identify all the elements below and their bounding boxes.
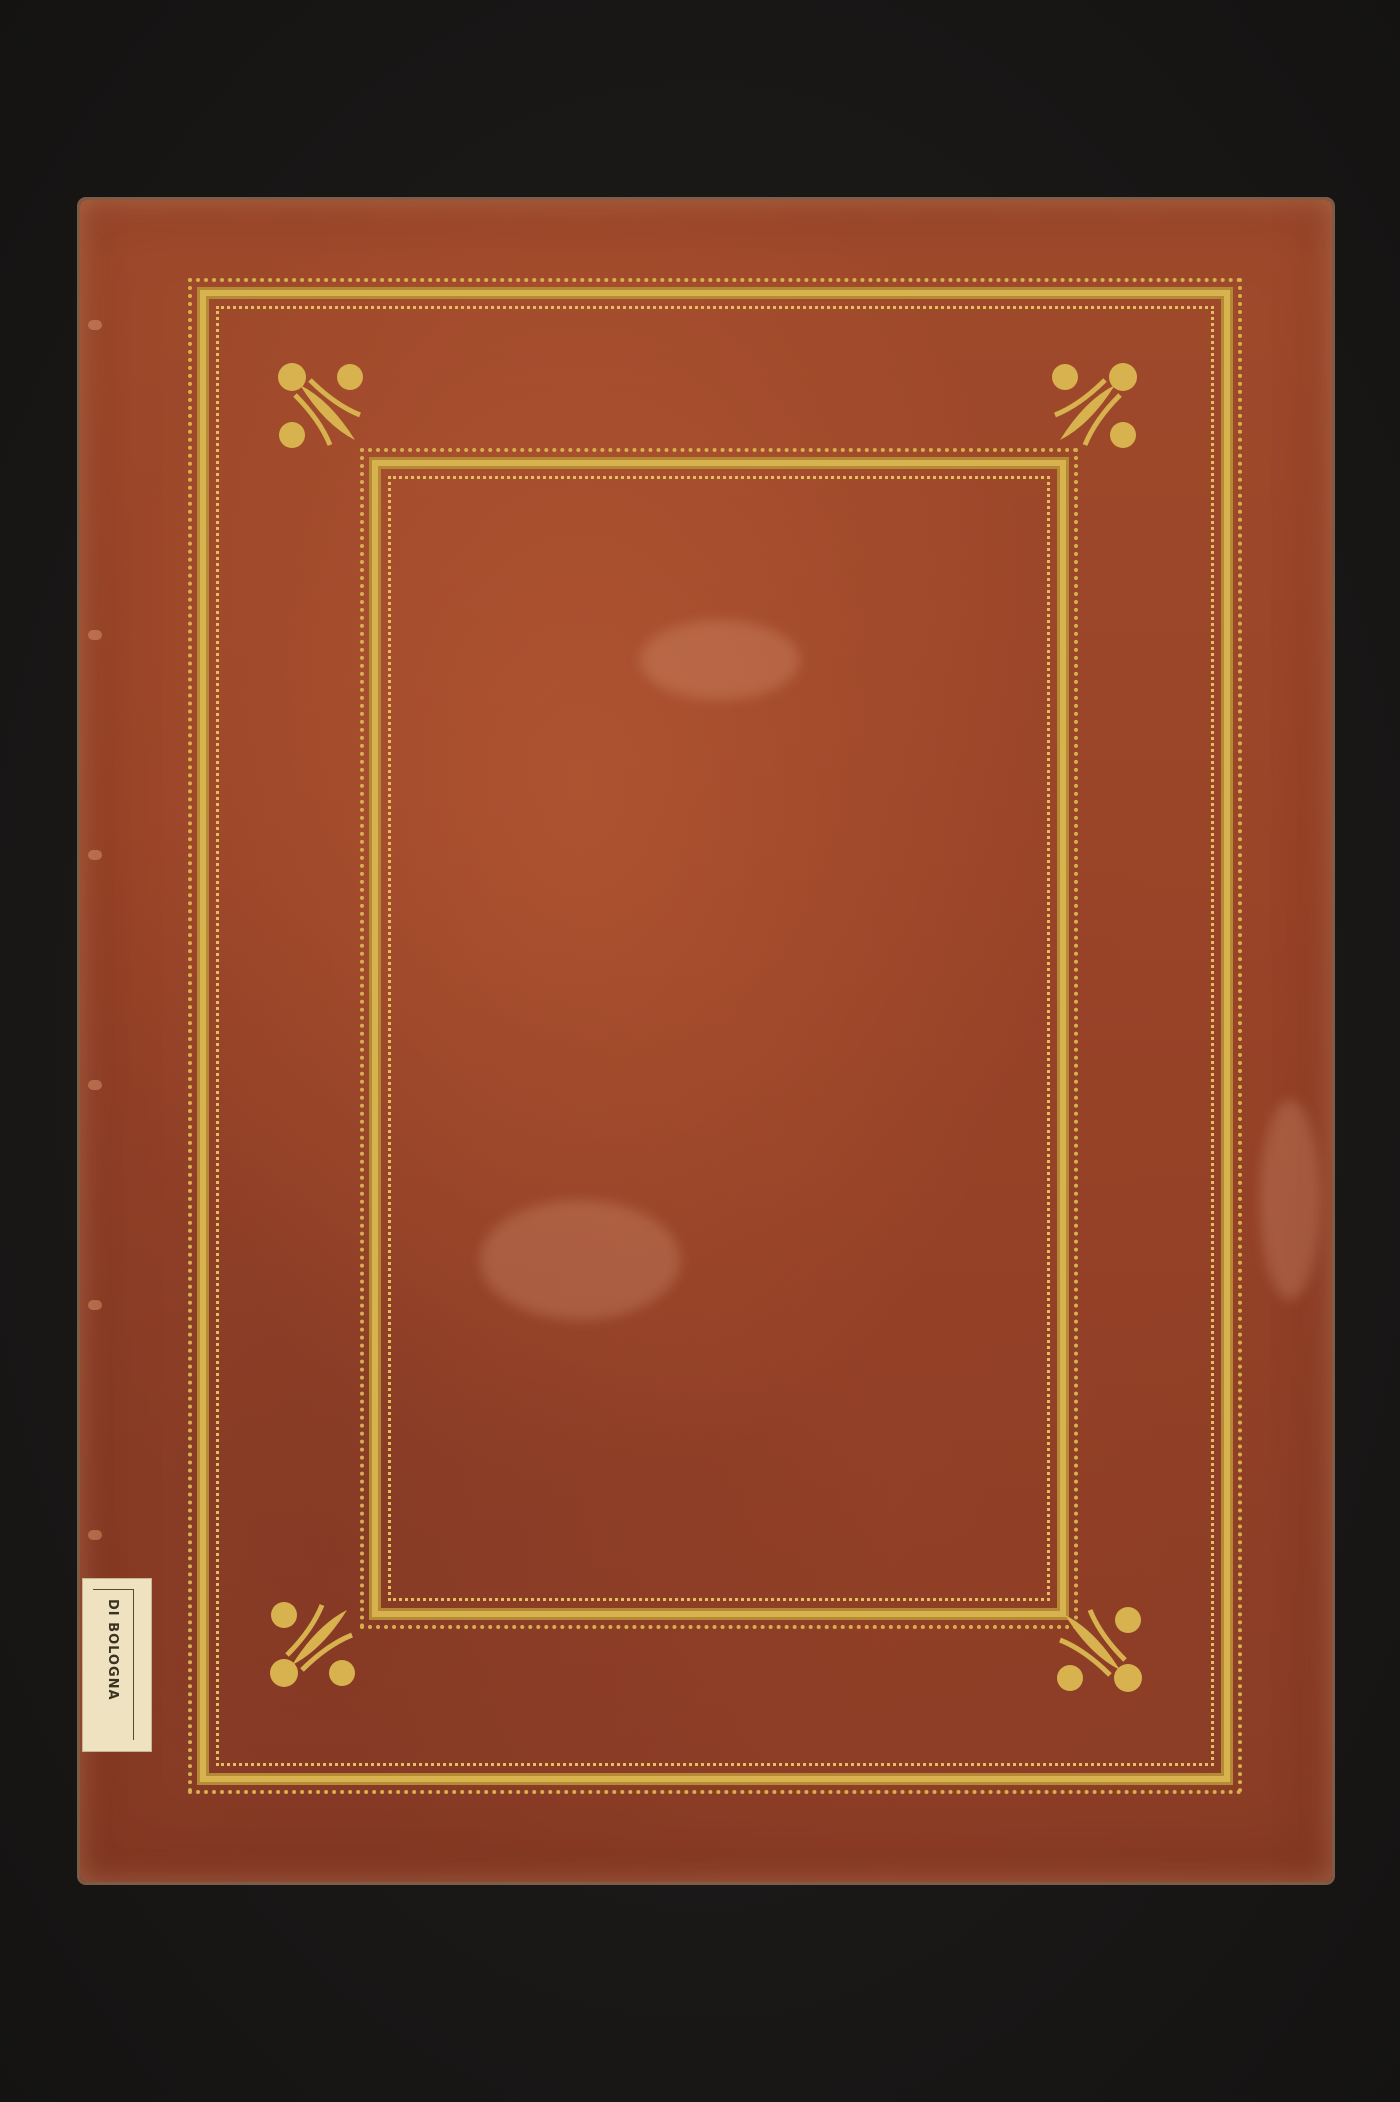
spine-band — [88, 850, 102, 860]
spine-band — [88, 1080, 102, 1090]
label-text: DI BOLOGNA — [105, 1599, 120, 1701]
floral-corner-icon — [1045, 355, 1145, 455]
leather-scuff — [1260, 1100, 1320, 1300]
inner-gilt-frame — [372, 460, 1066, 1617]
spine-band — [88, 320, 102, 330]
library-label: DI BOLOGNA — [82, 1578, 152, 1752]
floral-corner-icon — [1050, 1600, 1150, 1700]
spine-band — [88, 1530, 102, 1540]
spine-band — [88, 1300, 102, 1310]
floral-corner-icon — [270, 355, 370, 455]
spine-band — [88, 630, 102, 640]
floral-corner-icon — [262, 1595, 362, 1695]
